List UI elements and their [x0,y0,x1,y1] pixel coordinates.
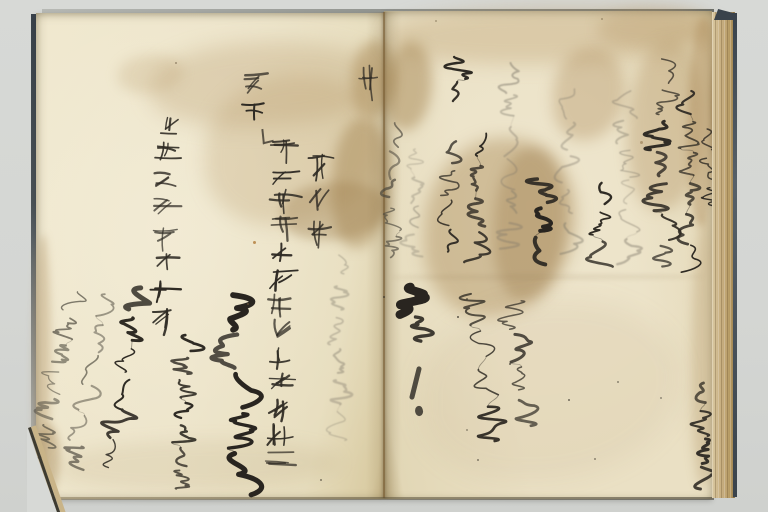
column-cursive-r2 [402,146,430,261]
column-cursive-l2 [324,252,351,440]
ink-speck [457,316,459,318]
ink-speck [435,20,437,22]
ink-speck [617,381,619,383]
ink-speck [601,18,603,20]
photograph-of-open-manuscript: 真 敎又 一大事 ㆑志曰歳星犯月曰謀殺君子逆 天正十三年七月八日 五位俊安倍之雀 [0,0,768,512]
column-shin [356,58,380,104]
column-scribble [394,284,430,344]
book-cover-corner [714,9,737,20]
ink-speck [466,298,468,300]
column-cursive-r7 [553,86,586,254]
column-ichidaiji [305,150,333,250]
book-bottom-edge [52,497,714,500]
column-cursive-r9 [612,88,642,266]
ink-speck [253,241,256,244]
ink-speck [700,420,702,422]
ink-speck [320,479,322,481]
ink-speck [660,397,662,399]
ink-speck [175,62,177,64]
book-cover-edge-right [733,13,737,497]
column-cursive-r6 [522,176,552,264]
ink-speck [509,363,511,365]
column-cursive-r5 [494,60,525,252]
ink-speck [568,399,570,401]
ink-speck [247,303,249,305]
column-cursive-r0 [442,54,472,104]
ink-speck [640,141,643,144]
kaeriten-reading-mark [261,127,273,145]
column-kyomata [238,68,266,124]
column-cursive-l1 [213,291,262,490]
ink-speck [466,429,468,431]
column-saisei-hangetsu [261,134,299,475]
ink-speck [594,458,596,460]
fore-edge-page-stack [712,12,735,498]
ink-speck [477,459,479,461]
ink-speck [383,296,385,298]
